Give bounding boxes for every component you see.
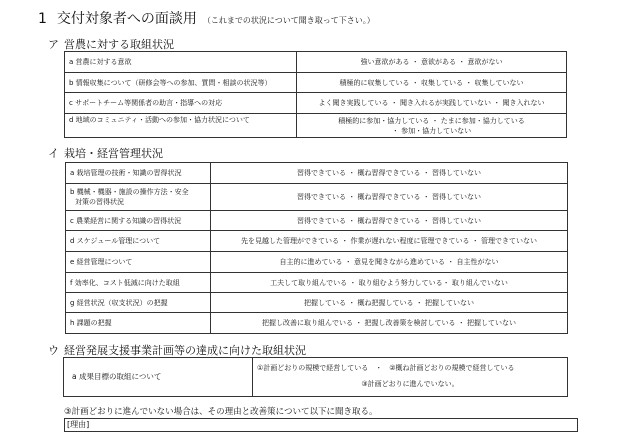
table-row: d スケジュール管理について 先を見越した管理ができている ・ 作業が遅れない程… <box>66 231 568 252</box>
question-cell: d スケジュール管理について <box>66 231 211 252</box>
title-number: 1 <box>38 11 47 27</box>
answer-options[interactable]: 習得できている ・ 概ね習得できている ・ 習得していない <box>211 184 568 211</box>
answer-options[interactable]: 積極的に収集している ・ 収集している ・ 収集していない <box>297 73 567 93</box>
section-a-table: a 営農に対する意欲 強い意欲がある ・ 意欲がある ・ 意欲がない b 情報収… <box>64 51 567 138</box>
answer-options[interactable]: 把握し改善に取り組んでいる ・ 把握し改善策を検討している ・ 把握していない <box>211 313 568 334</box>
answer-options[interactable]: 自主的に進めている ・ 意見を聞きながら進めている ・ 自主性がない <box>211 252 568 273</box>
section-c-title: 経営発展支援事業計画等の達成に向けた取組状況 <box>64 344 306 357</box>
reason-label: [理由] <box>67 420 89 429</box>
section-a-title: 営農に対する取組状況 <box>64 38 174 51</box>
answer-options[interactable]: 習得できている ・ 概ね習得できている ・ 習得していない <box>211 163 568 184</box>
section-b-title: 栽培・経営管理状況 <box>64 147 163 160</box>
question-line-1: b 機械・機器・施設の操作方法・安全 <box>70 187 206 197</box>
table-row: c サポートチーム等関係者の助言・指導への対応 よく聞き実践している ・ 聞き入… <box>65 93 567 114</box>
answer-options[interactable]: 習得できている ・ 概ね習得できている ・ 習得していない <box>211 211 568 231</box>
section-a-heading: ア営農に対する取組状況 <box>48 36 174 52</box>
question-cell: c サポートチーム等関係者の助言・指導への対応 <box>65 93 297 114</box>
question-cell: b 情報収集について（研修会等への参加、質問・相談の状況等） <box>65 73 297 93</box>
answer-line-1: ①計画どおりの規模で経営している ・ ②概ね計画どおりの規模で経営している <box>257 361 563 375</box>
table-row: g 経営状況（収支状況）の把握 把握している ・ 概ね把握している ・ 把握して… <box>66 293 568 313</box>
section-c-table: a 成果目標の取組について ①計画どおりの規模で経営している ・ ②概ね計画どお… <box>63 357 568 397</box>
section-c-mark: ウ <box>48 342 64 358</box>
answer-line-1: 積極的に参加・協力している ・ たまに参加・協力している <box>301 116 562 126</box>
table-row: a 成果目標の取組について ①計画どおりの規模で経営している ・ ②概ね計画どお… <box>64 358 568 397</box>
question-cell: g 経営状況（収支状況）の把握 <box>66 293 211 313</box>
question-cell: c 農業経営に関する知識の習得状況 <box>66 211 211 231</box>
question-cell: b 機械・機器・施設の操作方法・安全 対策の習得状況 <box>66 184 211 211</box>
question-cell: e 経営管理について <box>66 252 211 273</box>
question-cell: h 課題の把握 <box>66 313 211 334</box>
table-row: b 情報収集について（研修会等への参加、質問・相談の状況等） 積極的に収集してい… <box>65 73 567 93</box>
question-cell: d 地域のコミュニティ・活動への参加・協力状況について <box>65 114 297 138</box>
instruction-text: ③計画どおりに進んでいない場合は、その理由と改善策について以下に聞き取る。 <box>64 405 377 417</box>
question-cell: a 成果目標の取組について <box>64 358 253 397</box>
table-row: b 機械・機器・施設の操作方法・安全 対策の習得状況 習得できている ・ 概ね習… <box>66 184 568 211</box>
reason-field[interactable]: [理由] <box>64 418 578 432</box>
answer-options[interactable]: 先を見越した管理ができている ・ 作業が遅れない程度に管理できている ・ 管理で… <box>211 231 568 252</box>
table-row: a 営農に対する意欲 強い意欲がある ・ 意欲がある ・ 意欲がない <box>65 52 567 73</box>
section-b-heading: イ栽培・経営管理状況 <box>48 145 163 161</box>
answer-options[interactable]: よく聞き実践している ・ 聞き入れるが実践していない ・ 聞き入れない <box>297 93 567 114</box>
table-row: a 栽培管理の技術・知識の習得状況 習得できている ・ 概ね習得できている ・ … <box>66 163 568 184</box>
answer-line-2: ・ 参加・協力していない <box>301 126 562 136</box>
section-c-heading: ウ経営発展支援事業計画等の達成に向けた取組状況 <box>48 342 306 358</box>
question-cell: a 営農に対する意欲 <box>65 52 297 73</box>
answer-line-2: ③計画どおりに進んでいない。 <box>257 375 563 393</box>
question-line-2: 対策の習得状況 <box>70 197 206 207</box>
answer-options[interactable]: 工夫して取り組んでいる ・ 取り組むよう努力している・ 取り組んでいない <box>211 273 568 293</box>
answer-options[interactable]: 積極的に参加・協力している ・ たまに参加・協力している ・ 参加・協力していな… <box>297 114 567 138</box>
table-row: f 効率化、コスト低減に向けた取組 工夫して取り組んでいる ・ 取り組むよう努力… <box>66 273 568 293</box>
answer-options[interactable]: ①計画どおりの規模で経営している ・ ②概ね計画どおりの規模で経営している ③計… <box>253 358 568 397</box>
table-row: c 農業経営に関する知識の習得状況 習得できている ・ 概ね習得できている ・ … <box>66 211 568 231</box>
question-cell: f 効率化、コスト低減に向けた取組 <box>66 273 211 293</box>
page-title: 1交付対象者への面談用（これまでの状況について聞き取って下さい。） <box>38 8 375 28</box>
table-row: e 経営管理について 自主的に進めている ・ 意見を聞きながら進めている ・ 自… <box>66 252 568 273</box>
title-text: 交付対象者への面談用 <box>57 11 197 27</box>
section-b-table: a 栽培管理の技術・知識の習得状況 習得できている ・ 概ね習得できている ・ … <box>65 162 568 334</box>
section-b-mark: イ <box>48 145 64 161</box>
section-a-mark: ア <box>48 36 64 52</box>
table-row: d 地域のコミュニティ・活動への参加・協力状況について 積極的に参加・協力してい… <box>65 114 567 138</box>
question-cell: a 栽培管理の技術・知識の習得状況 <box>66 163 211 184</box>
table-row: h 課題の把握 把握し改善に取り組んでいる ・ 把握し改善策を検討している ・ … <box>66 313 568 334</box>
answer-options[interactable]: 強い意欲がある ・ 意欲がある ・ 意欲がない <box>297 52 567 73</box>
title-note: （これまでの状況について聞き取って下さい。） <box>203 16 375 25</box>
answer-options[interactable]: 把握している ・ 概ね把握している ・ 把握していない <box>211 293 568 313</box>
